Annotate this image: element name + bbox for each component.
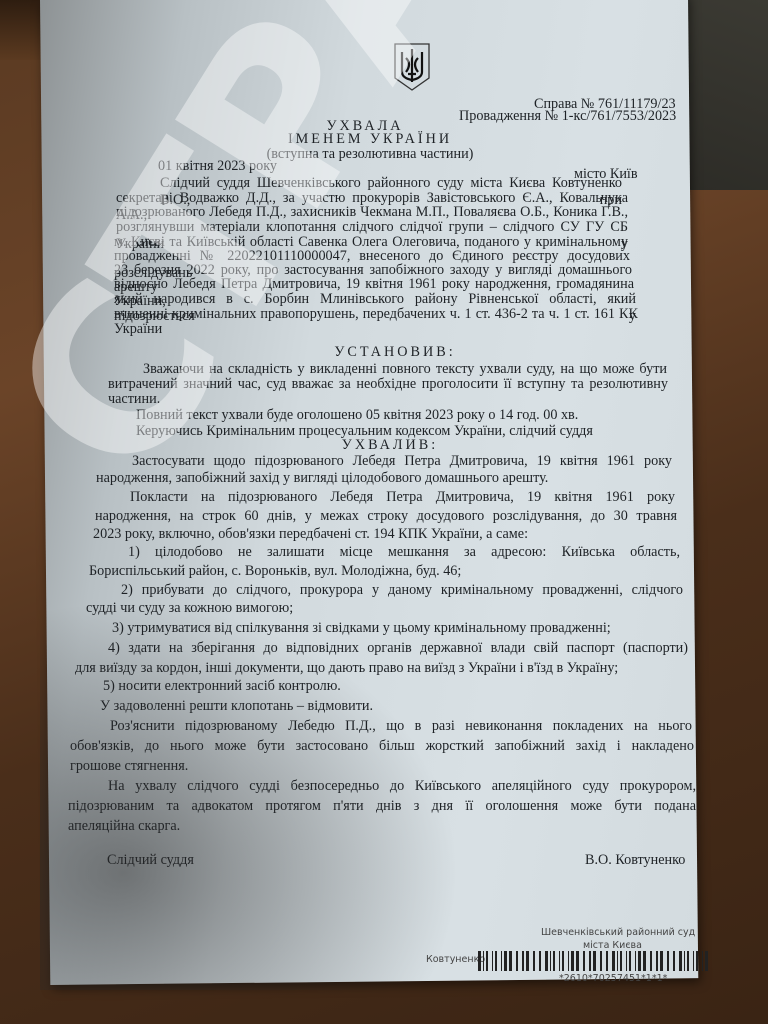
proceeding-number: Провадження № 1-кс/761/7553/2023: [459, 108, 676, 125]
text-line: грошове стягнення.: [70, 758, 188, 775]
stamp-court-line1: Шевченківський районний суд: [541, 927, 695, 938]
stamp-court-line2: міста Києва: [583, 940, 642, 951]
text-line: підозрюваним та адвокатом протягом п'яти…: [68, 798, 696, 815]
text-line: Бориспільський район, с. Вороньків, вул.…: [89, 563, 461, 580]
barcode: [478, 951, 710, 971]
court-ruling-document: Справа № 761/11179/23 Провадження № 1-кс…: [0, 0, 768, 1024]
ukraine-coat-of-arms-icon: [393, 42, 431, 92]
text-line: 2) прибувати до слідчого, прокурора у да…: [121, 582, 683, 599]
signature-role: Слідчий суддя: [107, 852, 194, 869]
text-line: обов'язків, до нього може бути застосова…: [70, 738, 694, 755]
text-line: 2023 року, включно, обов'язки передбачен…: [93, 526, 528, 543]
text-line: 3) утримуватися від спілкування зі свідк…: [112, 620, 611, 637]
text-line: для виїзду за кордон, інші документи, що…: [75, 660, 618, 677]
text-line: Покласти на підозрюваного Лебедя Петра Д…: [130, 489, 675, 506]
text-line: У задоволенні решти клопотань – відмовит…: [100, 698, 373, 715]
established-heading: УСТАНОВИВ:: [250, 344, 540, 361]
signature-name: В.О. Ковтуненко: [585, 852, 685, 869]
text-line: На ухвалу слідчого судді безпосередньо д…: [108, 778, 696, 795]
text-line: народження, запобіжний захід у вигляді ц…: [96, 470, 548, 487]
text-line: Повний текст ухвали буде оголошено 05 кв…: [136, 407, 578, 424]
text-line: народження, на строк 60 днів, у межах ст…: [95, 508, 677, 525]
ruling-heading: УХВАЛИВ:: [250, 437, 530, 454]
ruling-date: 01 квітня 2023 року: [158, 158, 277, 175]
text-line: вчиненні кримінальних правопорушень, пер…: [114, 306, 638, 323]
text-line: Роз'яснити підозрюваному Лебедю П.Д., що…: [110, 718, 692, 735]
text-line: України: [114, 321, 162, 338]
stamp-judge-name: Ковтуненко: [426, 954, 485, 965]
barcode-text: *2610*70257451*1*1*: [559, 973, 667, 984]
text-line: частини.: [108, 391, 160, 408]
text-line: апеляційна скарга.: [68, 818, 180, 835]
text-line: 1) цілодобово не залишати місце мешкання…: [128, 544, 680, 561]
text-line: судді чи суду за кожною вимогою;: [86, 600, 293, 617]
text-line: Застосувати щодо підозрюваного Лебедя Пе…: [132, 453, 672, 470]
text-line: 4) здати на зберігання до відповідних ор…: [108, 640, 688, 657]
text-line: витрачений значний час, суд вважає за не…: [108, 376, 668, 393]
text-line: 5) носити електронний засіб контролю.: [103, 678, 341, 695]
